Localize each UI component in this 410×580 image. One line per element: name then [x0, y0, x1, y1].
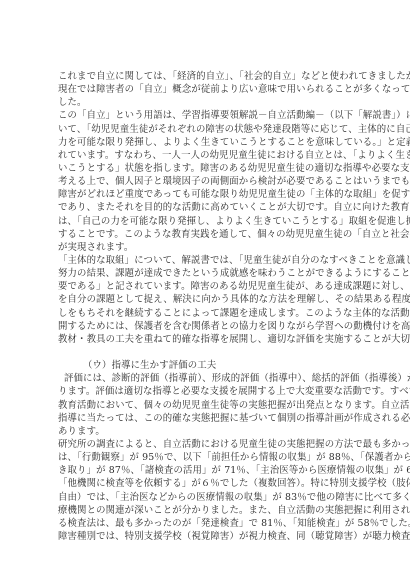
blank-line	[58, 346, 354, 359]
text-line: 「他機関に検査等を依頼する」が６％でした（複数回答）。特に特別支援学校（肢体不	[58, 477, 354, 490]
text-line: 評価には、診断的評価（指導前）、形成的評価（指導中）、総括的評価（指導後）があ	[58, 372, 354, 385]
document-body: これまで自立に関しては、「経済的自立」、「社会的自立」などと使われてきましたが、…	[58, 70, 354, 543]
text-line: 指導に当たっては、この的確な実態把握に基づいて個別の指導計画が作成される必要が	[58, 412, 354, 425]
text-line: 研究所の調査によると、自立活動における児童生徒の実態把握の方法で最も多かったの	[58, 438, 354, 451]
text-line: 要である」と記されています。障害のある幼児児童生徒が、ある達成課題に対し、それ	[58, 280, 354, 293]
document-page: これまで自立に関しては、「経済的自立」、「社会的自立」などと使われてきましたが、…	[0, 0, 410, 580]
text-line: あります。	[58, 425, 354, 438]
text-line: した。	[58, 96, 354, 109]
paragraph-proactive-efforts: 「主体的な取組」について、解説書では、「児童生徒が自分のなすべきことを意識し、 …	[58, 254, 354, 346]
paragraph-economic-independence: これまで自立に関しては、「経済的自立」、「社会的自立」などと使われてきましたが、…	[58, 70, 354, 109]
text-line: る検査法は、最も多かったのが「発達検査」で 81％、「知能検査」が 58％でした…	[58, 517, 354, 530]
text-line: 教材・教具の工夫を重ねて的確な指導を展開し、適切な評価を実施することが大切です。	[58, 333, 354, 346]
text-line: が実現されます。	[58, 241, 354, 254]
text-line: であり、またそれを目的的な活動に高めていくことが大切です。自立に向けた教育活動	[58, 201, 354, 214]
section-heading: （ウ）指導に生かす評価の工夫	[58, 359, 354, 372]
text-line: 療機関との関連が深いことが分かりました。また、自立活動の実態把握に利用されてい	[58, 504, 354, 517]
text-line: 考える上で、個人因子と環境因子の両側面から検討が必要であることはいうまでもなく、	[58, 175, 354, 188]
text-line: しをもちそれを継続することによって課題を達成します。このような主体的な活動を展	[58, 307, 354, 320]
text-line: は、「自己の力を可能な限り発揮し、よりよく生きていこうとする」取組を促進し拡大	[58, 215, 354, 228]
paragraph-survey-results: 研究所の調査によると、自立活動における児童生徒の実態把握の方法で最も多かったの …	[58, 438, 354, 543]
text-line: は、「行動観察」が 95％で、以下「前担任から情報の収集」が 88％、「保護者か…	[58, 451, 354, 464]
text-line: を自分の課題として捉え、解決に向かう具体的な方法を理解し、その結果ある程度見通	[58, 293, 354, 306]
text-line: 現在では障害者の「自立」概念が従前より広い意味で用いられることが多くなってきま	[58, 83, 354, 96]
text-line: 教育活動において、個々の幼児児童生徒等の実態把握が出発点となります。自立活動の	[58, 399, 354, 412]
text-line: することです。このような教育実践を通して、個々の幼児児童生徒の「自立と社会参加」	[58, 228, 354, 241]
text-line: 努力の結果、課題が達成できたという成就感を味わうことができるようにすることが必	[58, 267, 354, 280]
text-line: いこうとする」状態を指します。障害のある幼児児童生徒の適切な指導や必要な支援を	[58, 162, 354, 175]
text-line: いて、「幼児児童生徒がそれぞれの障害の状態や発達段階等に応じて、主体的に自己の	[58, 123, 354, 136]
text-line: 開するためには、保護者を含む関係者との協力を図りながら学習への動機付けを高め、	[58, 320, 354, 333]
paragraph-independence-definition: この「自立」という用語は、学習指導要領解説－自立活動編－（以下「解説書」）にお …	[58, 109, 354, 254]
text-line: これまで自立に関しては、「経済的自立」、「社会的自立」などと使われてきましたが、	[58, 70, 354, 83]
text-line: この「自立」という用語は、学習指導要領解説－自立活動編－（以下「解説書」）にお	[58, 109, 354, 122]
paragraph-evaluation-types: 評価には、診断的評価（指導前）、形成的評価（指導中）、総括的評価（指導後）があ …	[58, 372, 354, 438]
text-line: ります。評価は適切な指導と必要な支援を展開する上で大変重要な活動です。すべての	[58, 385, 354, 398]
text-line: 力を可能な限り発揮し、よりよく生きていこうとすることを意味している。」と定義さ	[58, 136, 354, 149]
text-line: 「主体的な取組」について、解説書では、「児童生徒が自分のなすべきことを意識し、	[58, 254, 354, 267]
text-line: き取り」が 87％、「諸検査の活用」が 71％、「主治医等から医療情報の収集」が…	[58, 464, 354, 477]
text-line: 自由）では、「主治医などからの医療情報の収集」が 83％で他の障害に比べて多く、…	[58, 491, 354, 504]
text-line: れています。すなわち、一人一人の幼児児童生徒における自立とは、「よりよく生きて	[58, 149, 354, 162]
text-line: 障害種別では、特別支援学校（視覚障害）が視力検査、同（聴覚障害）が聴力検査で、	[58, 530, 354, 543]
text-line: 障害がどれほど重度であっても可能な限り幼児児童生徒の「主体的な取組」を促すべき	[58, 188, 354, 201]
